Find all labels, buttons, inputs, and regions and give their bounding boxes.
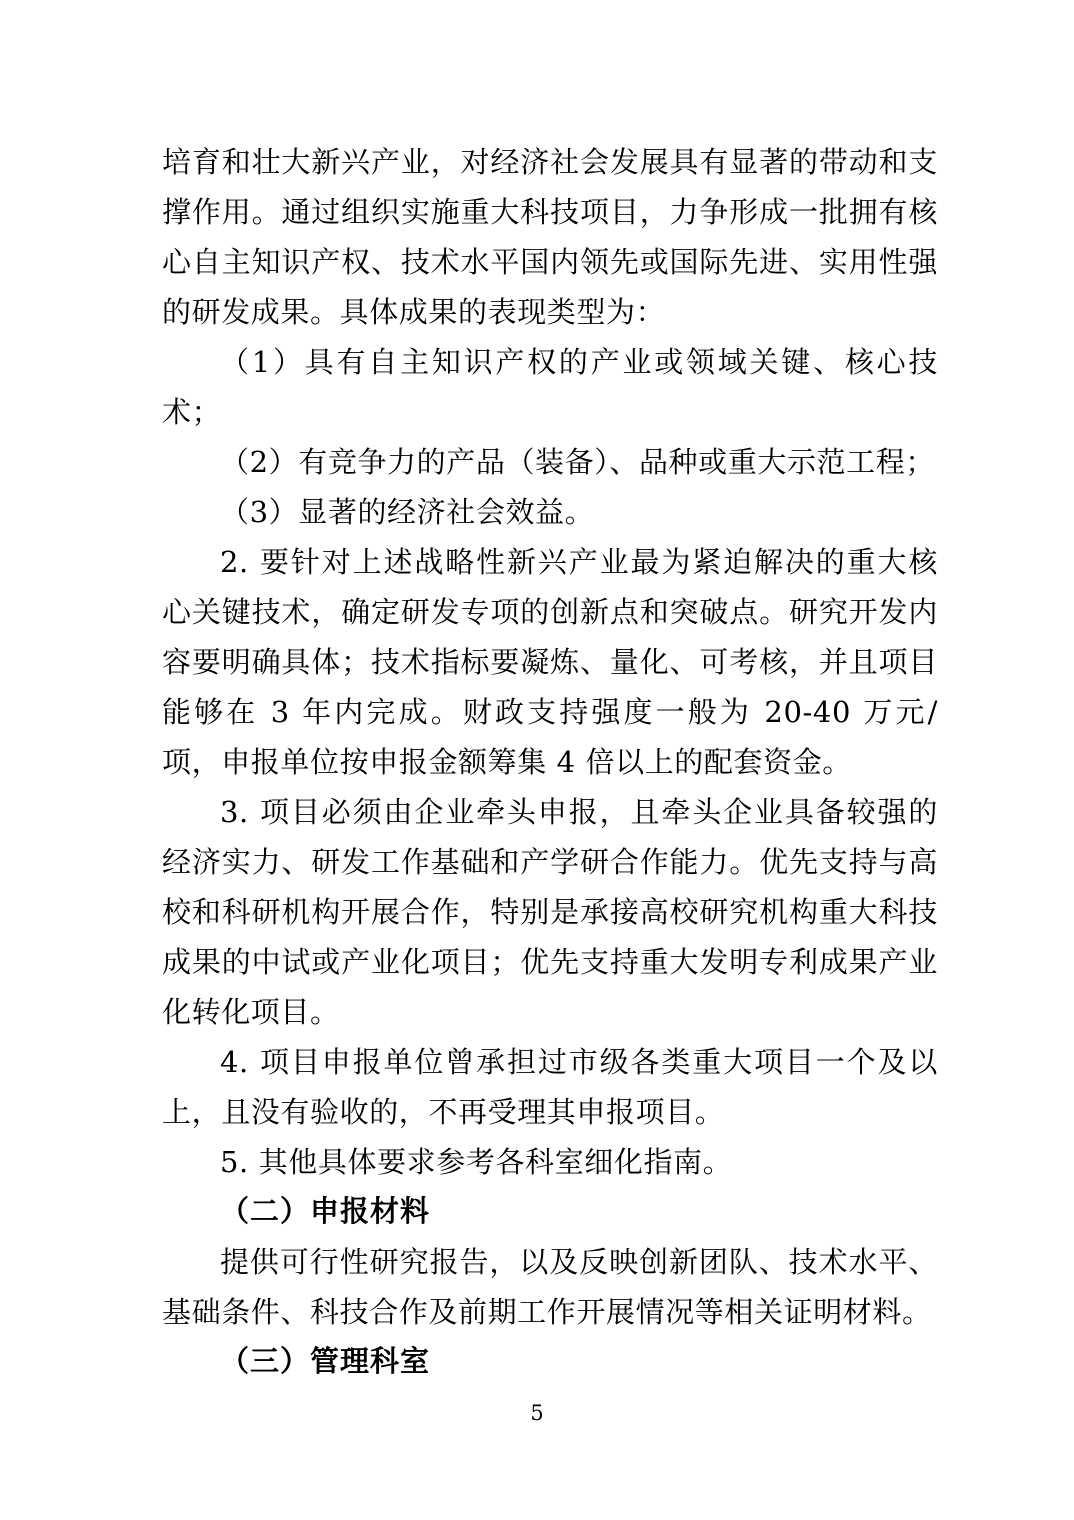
paragraph: 5. 其他具体要求参考各科室细化指南。	[162, 1137, 938, 1187]
section-heading: （三）管理科室	[162, 1337, 938, 1387]
document-body: 培育和壮大新兴产业，对经济社会发展具有显著的带动和支撑作用。通过组织实施重大科技…	[162, 137, 938, 1387]
paragraph: 2. 要针对上述战略性新兴产业最为紧迫解决的重大核心关键技术，确定研发专项的创新…	[162, 537, 938, 787]
section-heading: （二）申报材料	[162, 1187, 938, 1237]
document-page: { "page": { "number": "5" }, "document":…	[0, 0, 1074, 1520]
page-number: 5	[0, 1399, 1074, 1427]
page: 培育和壮大新兴产业，对经济社会发展具有显著的带动和支撑作用。通过组织实施重大科技…	[0, 0, 1074, 1520]
paragraph: （3）显著的经济社会效益。	[162, 487, 938, 537]
paragraph: 提供可行性研究报告，以及反映创新团队、技术水平、基础条件、科技合作及前期工作开展…	[162, 1237, 938, 1337]
paragraph: 4. 项目申报单位曾承担过市级各类重大项目一个及以上，且没有验收的，不再受理其申…	[162, 1037, 938, 1137]
paragraph: （2）有竞争力的产品（装备）、品种或重大示范工程；	[162, 437, 938, 487]
paragraph: （1）具有自主知识产权的产业或领域关键、核心技术；	[162, 337, 938, 437]
paragraph: 3. 项目必须由企业牵头申报，且牵头企业具备较强的经济实力、研发工作基础和产学研…	[162, 787, 938, 1037]
paragraph: 培育和壮大新兴产业，对经济社会发展具有显著的带动和支撑作用。通过组织实施重大科技…	[162, 137, 938, 337]
